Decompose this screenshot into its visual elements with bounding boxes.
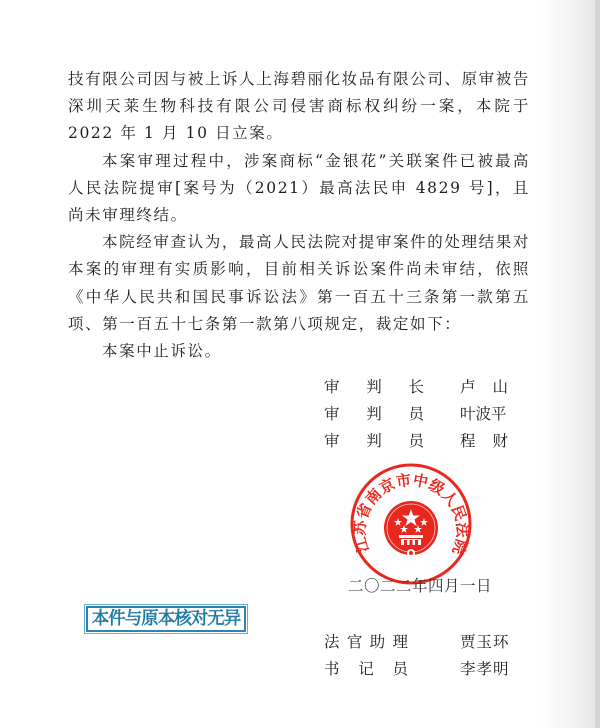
assistant-name: 贾玉环	[460, 631, 510, 653]
verification-stamp: 本件与原本核对无异	[86, 606, 246, 632]
court-seal: 江苏省南京市中级人民法院	[349, 462, 473, 586]
judge-name: 程 财	[460, 430, 508, 452]
paragraph-court-reasoning: 本院经审查认为，最高人民法院对提审案件的处理结果对本案的审理有实质影响，目前相关…	[68, 229, 530, 338]
role-label: 审 判 员	[324, 403, 424, 425]
ruling-date: 二〇二二年四月一日	[348, 574, 492, 596]
paragraph-case-filing: 技有限公司因与被上诉人上海碧丽化妆品有限公司、原审被告深圳天莱生物科技有限公司侵…	[68, 66, 530, 148]
signature-court-clerk: 书 记 员 李孝明	[324, 658, 524, 680]
signature-judge-assistant: 法 官 助 理 贾玉环	[324, 631, 524, 653]
clerk-name: 李孝明	[460, 658, 510, 680]
judge-name: 卢 山	[460, 376, 508, 398]
paragraph-related-case: 本案审理过程中，涉案商标“金银花”关联案件已被最高人民法院提审[案号为（2021…	[68, 148, 530, 230]
role-label: 法 官 助 理	[324, 631, 408, 653]
signature-judge-2: 审 判 员 程 财	[324, 430, 524, 452]
ruling-body: 技有限公司因与被上诉人上海碧丽化妆品有限公司、原审被告深圳天莱生物科技有限公司侵…	[68, 66, 530, 365]
role-label: 审 判 长	[324, 376, 424, 398]
signature-presiding-judge: 审 判 长 卢 山	[324, 376, 524, 398]
signature-judge-1: 审 判 员 叶波平	[324, 403, 524, 425]
national-emblem-icon: 江苏省南京市中级人民法院	[349, 462, 473, 586]
page-edge-shadow	[540, 0, 600, 728]
role-label: 书 记 员	[324, 658, 408, 680]
paragraph-ruling: 本案中止诉讼。	[68, 338, 530, 365]
judge-name: 叶波平	[460, 403, 508, 425]
role-label: 审 判 员	[324, 430, 424, 452]
